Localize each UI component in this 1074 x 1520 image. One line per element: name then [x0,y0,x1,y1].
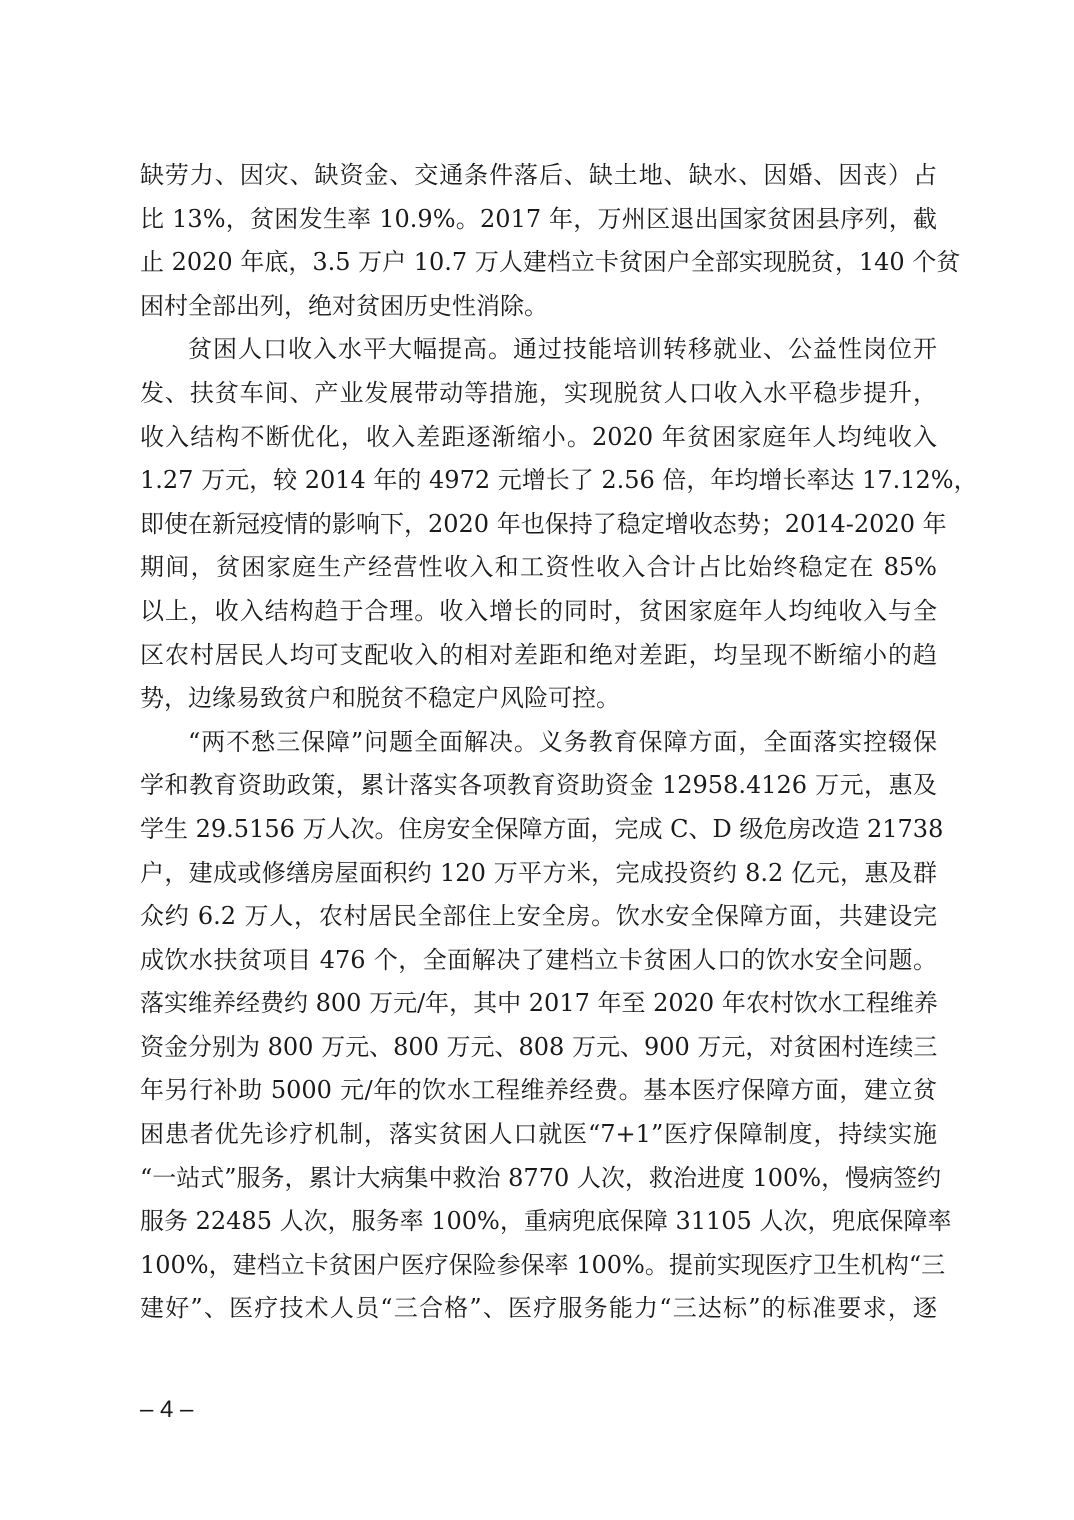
text-line: 年另行补助 5000 元/年的饮水工程维养经费。基本医疗保障方面，建立贫 [140,1069,937,1113]
text-line: 服务 22485 人次，服务率 100%，重病兜底保障 31105 人次，兜底保… [140,1200,937,1244]
text-line: 落实维养经费约 800 万元/年，其中 2017 年至 2020 年农村饮水工程… [140,982,937,1026]
text-line: 建好”、医疗技术人员“三合格”、医疗服务能力“三达标”的标准要求，逐 [140,1287,937,1331]
document-page: 缺劳力、因灾、缺资金、交通条件落后、缺土地、缺水、因婚、因丧）占 比 13%，贫… [0,0,1074,1520]
text-line: 成饮水扶贫项目 476 个，全面解决了建档立卡贫困人口的饮水安全问题。 [140,939,937,983]
text-line: 资金分别为 800 万元、800 万元、808 万元、900 万元，对贫困村连续… [140,1026,937,1070]
paragraph-first-line: “两不愁三保障”问题全面解决。义务教育保障方面，全面落实控辍保 [140,721,937,765]
page-number: – 4 – [140,1396,193,1424]
text-line: 困村全部出列，绝对贫困历史性消除。 [140,285,937,329]
text-line: 即使在新冠疫情的影响下，2020 年也保持了稳定增收态势；2014-2020 年 [140,503,937,547]
text-line: 众约 6.2 万人，农村居民全部住上安全房。饮水安全保障方面，共建设完 [140,895,937,939]
text-line: 学和教育资助政策，累计落实各项教育资助资金 12958.4126 万元，惠及 [140,764,937,808]
text-line: 区农村居民人均可支配收入的相对差距和绝对差距，均呈现不断缩小的趋 [140,634,937,678]
text-line: 以上，收入结构趋于合理。收入增长的同时，贫困家庭年人均纯收入与全 [140,590,937,634]
text-line: 缺劳力、因灾、缺资金、交通条件落后、缺土地、缺水、因婚、因丧）占 [140,154,937,198]
paragraph-first-line: 贫困人口收入水平大幅提高。通过技能培训转移就业、公益性岗位开 [140,328,937,372]
text-line: 困患者优先诊疗机制，落实贫困人口就医“7+1”医疗保障制度，持续实施 [140,1113,937,1157]
text-line: 100%，建档立卡贫困户医疗保险参保率 100%。提前实现医疗卫生机构“三 [140,1244,937,1288]
text-line: 学生 29.5156 万人次。住房安全保障方面，完成 C、D 级危房改造 217… [140,808,937,852]
text-line: “一站式”服务，累计大病集中救治 8770 人次，救治进度 100%，慢病签约 [140,1157,937,1201]
text-line: 止 2020 年底，3.5 万户 10.7 万人建档立卡贫困户全部实现脱贫，14… [140,241,937,285]
text-line: 比 13%，贫困发生率 10.9%。2017 年，万州区退出国家贫困县序列，截 [140,198,937,242]
text-line: 收入结构不断优化，收入差距逐渐缩小。2020 年贫困家庭年人均纯收入 [140,416,937,460]
text-line: 期间，贫困家庭生产经营性收入和工资性收入合计占比始终稳定在 85% [140,546,937,590]
text-line: 户，建成或修缮房屋面积约 120 万平方米，完成投资约 8.2 亿元，惠及群 [140,852,937,896]
body-text: 缺劳力、因灾、缺资金、交通条件落后、缺土地、缺水、因婚、因丧）占 比 13%，贫… [140,154,937,1331]
text-line: 势，边缘易致贫户和脱贫不稳定户风险可控。 [140,677,937,721]
text-line: 发、扶贫车间、产业发展带动等措施，实现脱贫人口收入水平稳步提升， [140,372,937,416]
text-line: 1.27 万元，较 2014 年的 4972 元增长了 2.56 倍，年均增长率… [140,459,937,503]
